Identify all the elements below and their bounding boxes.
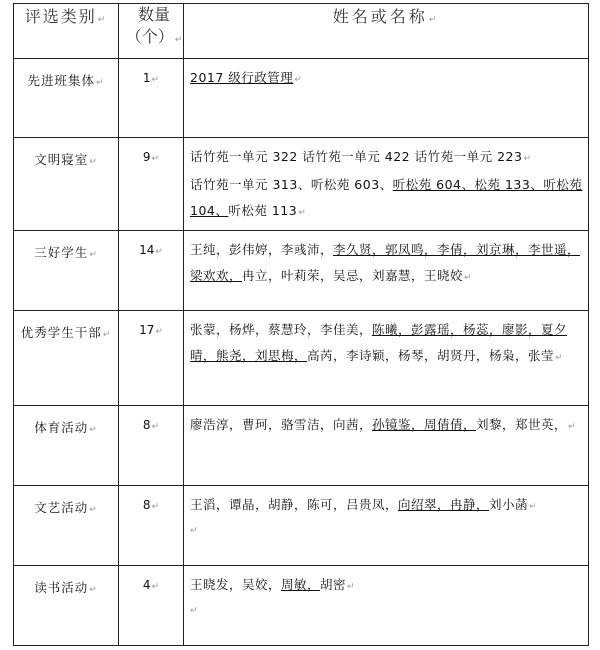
header-names[interactable]: 姓名或名称↵: [184, 4, 589, 59]
paragraph-mark-icon: ↵: [155, 247, 163, 257]
paragraph-mark-icon: ↵: [152, 422, 160, 432]
count-cell[interactable]: 1↵: [119, 59, 184, 138]
names-cell[interactable]: 王滔，谭晶，胡静，陈可，吕贵凤，向绍翠，冉静，刘小菡↵↵: [184, 486, 589, 566]
paragraph-mark-icon: ↵: [429, 15, 440, 25]
name-segment: 话竹苑一单元 322 话竹苑一单元 422 话竹苑一单元 223: [190, 149, 522, 164]
category-cell[interactable]: 体育活动↵: [14, 406, 119, 486]
count-cell[interactable]: 8↵: [119, 406, 184, 486]
paragraph-mark-icon: ↵: [347, 582, 355, 592]
table-row: 文艺活动↵8↵王滔，谭晶，胡静，陈可，吕贵凤，向绍翠，冉静，刘小菡↵↵: [14, 486, 589, 566]
table-body: 先进班集体↵1↵2017 级行政管理↵文明寝室↵9↵话竹苑一单元 322 话竹苑…: [14, 59, 589, 646]
header-count[interactable]: 数量 （个）↵: [119, 4, 184, 59]
names-cell[interactable]: 廖浩淳，曹珂，骆雪洁，向茜，孙镜鉴，周倩倩，刘黎，郑世英，↵: [184, 406, 589, 486]
header-count-unit: （个）↵: [125, 26, 183, 51]
paragraph-mark-icon: ↵: [89, 585, 98, 595]
table-row: 先进班集体↵1↵2017 级行政管理↵: [14, 59, 589, 138]
name-segment: 高芮，李诗颖，杨琴，胡贤丹，杨枭，张莹: [307, 348, 554, 363]
names-cell[interactable]: 2017 级行政管理↵: [184, 59, 589, 138]
paragraph-mark-icon: ↵: [96, 78, 105, 88]
name-segment: 张蒙，杨烨，蔡慧玲，李佳美，: [190, 322, 372, 337]
paragraph-mark-icon: ↵: [103, 330, 112, 340]
table-row: 文明寝室↵9↵话竹苑一单元 322 话竹苑一单元 422 话竹苑一单元 223↵…: [14, 138, 589, 231]
name-segment: 听松苑 113: [228, 203, 297, 218]
paragraph-mark-icon: ↵: [152, 582, 160, 592]
category-cell[interactable]: 先进班集体↵: [14, 59, 119, 138]
table-row: 三好学生↵14↵王纯，彭伟婷，李彧沛，李久贤，郭凤鸣，李倩，刘京琳，李世遥，梁欢…: [14, 231, 589, 311]
category-cell[interactable]: 优秀学生干部↵: [14, 311, 119, 406]
paragraph-mark-icon: ↵: [89, 250, 98, 260]
header-category[interactable]: 评选类别↵: [14, 4, 119, 59]
paragraph-mark-icon: ↵: [89, 157, 98, 167]
table-row: 体育活动↵8↵廖浩淳，曹珂，骆雪洁，向茜，孙镜鉴，周倩倩，刘黎，郑世英，↵: [14, 406, 589, 486]
name-segment: 周敏，: [281, 577, 320, 592]
count-cell[interactable]: 17↵: [119, 311, 184, 406]
names-cell[interactable]: 张蒙，杨烨，蔡慧玲，李佳美，陈曦，彭露瑶，杨蕊，廖影，夏夕晴，熊尧，刘思梅，高芮…: [184, 311, 589, 406]
name-segment: 冉立，叶莉荣，吴忌，刘嘉慧，王晓姣: [242, 268, 463, 283]
names-cell[interactable]: 话竹苑一单元 322 话竹苑一单元 422 话竹苑一单元 223↵话竹苑一单元 …: [184, 138, 589, 231]
paragraph-mark-icon: ↵: [89, 425, 98, 435]
paragraph-mark-icon: ↵: [152, 502, 160, 512]
count-cell[interactable]: 14↵: [119, 231, 184, 311]
paragraph-mark-icon: ↵: [568, 422, 576, 432]
paragraph-mark-icon: ↵: [89, 505, 98, 515]
paragraph-mark-icon: ↵: [298, 208, 306, 218]
name-segment: 刘黎，郑世英，: [476, 417, 567, 432]
paragraph-mark-icon: ↵: [152, 75, 160, 85]
name-segment: 王滔，谭晶，胡静，陈可，吕贵凤，: [190, 497, 398, 512]
table-header-row: 评选类别↵ 数量 （个）↵ 姓名或名称↵: [14, 4, 589, 59]
paragraph-mark-icon: ↵: [190, 600, 584, 622]
count-cell[interactable]: 4↵: [119, 566, 184, 646]
name-segment: 2017 级行政管理: [190, 70, 293, 85]
awards-table: 评选类别↵ 数量 （个）↵ 姓名或名称↵ 先进班集体↵1↵2017 级行政管理↵…: [13, 3, 589, 646]
count-cell[interactable]: 8↵: [119, 486, 184, 566]
names-cell[interactable]: 王晓发，吴姣，周敏，胡密↵↵: [184, 566, 589, 646]
name-segment: 王晓发，吴姣，: [190, 577, 281, 592]
paragraph-mark-icon: ↵: [152, 154, 160, 164]
table-row: 读书活动↵4↵王晓发，吴姣，周敏，胡密↵↵: [14, 566, 589, 646]
paragraph-mark-icon: ↵: [529, 502, 537, 512]
count-cell[interactable]: 9↵: [119, 138, 184, 231]
name-segment: 向绍翠，冉静，: [398, 497, 489, 512]
name-segment: 胡密: [320, 577, 346, 592]
paragraph-mark-icon: ↵: [294, 75, 302, 85]
category-cell[interactable]: 三好学生↵: [14, 231, 119, 311]
names-cell[interactable]: 王纯，彭伟婷，李彧沛，李久贤，郭凤鸣，李倩，刘京琳，李世遥，梁欢欢，冉立，叶莉荣…: [184, 231, 589, 311]
name-segment: 孙镜鉴，周倩倩，: [372, 417, 476, 432]
category-cell[interactable]: 读书活动↵: [14, 566, 119, 646]
paragraph-mark-icon: ↵: [464, 273, 472, 283]
paragraph-mark-icon: ↵: [190, 520, 584, 542]
paragraph-mark-icon: ↵: [155, 327, 163, 337]
table-row: 优秀学生干部↵17↵张蒙，杨烨，蔡慧玲，李佳美，陈曦，彭露瑶，杨蕊，廖影，夏夕晴…: [14, 311, 589, 406]
paragraph-mark-icon: ↵: [98, 15, 108, 25]
name-segment: 话竹苑一单元 313、听松苑 603、: [190, 177, 393, 192]
name-segment: 刘小菡: [489, 497, 528, 512]
paragraph-mark-icon: ↵: [555, 353, 563, 363]
paragraph-mark-icon: ↵: [175, 35, 183, 45]
name-segment: 王纯，彭伟婷，李彧沛，: [190, 242, 333, 257]
paragraph-mark-icon: ↵: [523, 154, 531, 164]
name-segment: 廖浩淳，曹珂，骆雪洁，向茜，: [190, 417, 372, 432]
category-cell[interactable]: 文艺活动↵: [14, 486, 119, 566]
category-cell[interactable]: 文明寝室↵: [14, 138, 119, 231]
